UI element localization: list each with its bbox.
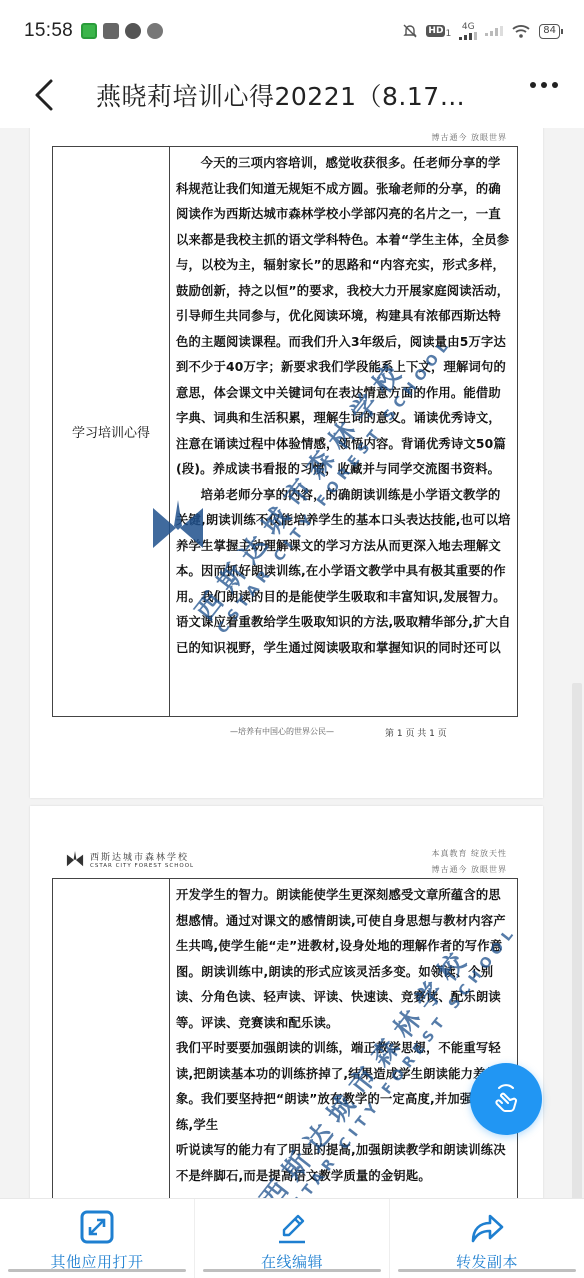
more-options-button[interactable] [530,82,558,88]
app-notification-icon [81,23,97,39]
notification-icons [81,23,163,39]
open-external-icon [79,1209,115,1245]
page-motto: 本真教育 绽放天性 [431,848,507,859]
bell-muted-icon [402,23,418,39]
page-motto: 博古通今 放眼世界 [431,864,507,875]
scrollbar[interactable] [572,683,582,1198]
chevron-left-icon [33,78,55,112]
pencil-edit-icon [274,1209,310,1245]
row-label: 学习培训心得 [53,147,170,716]
signal-4g-icon: 4G [459,23,477,40]
bottom-action-bar: 其他应用打开 在线编辑 转发副本 [0,1198,584,1278]
chat-bubble-icon [147,23,163,39]
share-forward-icon [468,1209,506,1245]
more-dots-icon [530,82,536,88]
status-bar: 15:58 HD1 4G 84 [0,0,584,62]
footer-slogan: —培养有中国心的世界公民— [230,726,334,737]
content-table: 开发学生的智力。朗读能使学生更深刻感受文章所蕴含的思想感情。通过对课文的感情朗读… [52,878,518,1198]
system-icons: HD1 4G 84 [402,23,560,40]
online-edit-label: 在线编辑 [261,1251,323,1272]
paragraph: 今天的三项内容培训，感觉收获很多。任老师分享的学科规范让我们知道无规矩不成方圆。… [176,151,511,483]
more-dots-icon [541,82,547,88]
status-time: 15:58 [24,20,73,42]
app-notification-icon [125,23,141,39]
paragraph: 听说读写的能力有了明显的提高,加强朗读教学和朗读训练决不是绊脚石,而是提高语文教… [176,1138,511,1189]
page-motto: 博古通今 放眼世界 [431,132,507,143]
gesture-fab-button[interactable] [470,1063,542,1135]
school-logo-icon [66,851,84,869]
back-button[interactable] [14,65,74,125]
document-page-1: 博古通今 放眼世界 学习培训心得 今天的三项内容培训，感觉收获很多。任老师分享的… [30,128,543,798]
app-header: 燕晓莉培训心得20221（8.17… [0,62,584,128]
wifi-icon [511,23,531,39]
document-viewer[interactable]: 博古通今 放眼世界 学习培训心得 今天的三项内容培训，感觉收获很多。任老师分享的… [0,128,584,1198]
hd-voice-icon: HD [426,25,445,37]
school-logo: 西斯达城市森林学校 CSTAR CITY FOREST SCHOOL [66,850,194,869]
document-title: 燕晓莉培训心得20221（8.17… [96,77,465,113]
battery-icon: 84 [539,24,560,39]
school-name-en: CSTAR CITY FOREST SCHOOL [90,863,194,869]
signal-empty-icon [485,26,503,36]
sim-slot-label: 1 [445,28,451,39]
hand-pointer-icon [489,1082,523,1116]
paragraph: 开发学生的智力。朗读能使学生更深刻感受文章所蕴含的思想感情。通过对课文的感情朗读… [176,883,511,1036]
more-dots-icon [552,82,558,88]
school-logo-watermark-icon [148,498,208,558]
open-with-other-app-button[interactable]: 其他应用打开 [0,1199,194,1278]
page-number: 第 1 页 共 1 页 [385,726,447,739]
document-page-2: 西斯达城市森林学校 CSTAR CITY FOREST SCHOOL 本真教育 … [30,806,543,1198]
app-notification-icon [103,23,119,39]
content-table: 学习培训心得 今天的三项内容培训，感觉收获很多。任老师分享的学科规范让我们知道无… [52,146,518,717]
row-label [53,879,170,1198]
content-cell: 开发学生的智力。朗读能使学生更深刻感受文章所蕴含的思想感情。通过对课文的感情朗读… [170,879,517,1198]
open-with-other-app-label: 其他应用打开 [50,1251,143,1272]
paragraph: 我们平时要要加强朗读的训练，端正教学思想，不能重写轻读,把朗读基本功的训练挤掉了… [176,1036,511,1138]
paragraph: 培弟老师分享的内容，的确朗读训练是小学语文教学的关键,朗读训练不仅能培养学生的基… [176,483,511,662]
forward-copy-label: 转发副本 [456,1251,518,1272]
content-cell: 今天的三项内容培训，感觉收获很多。任老师分享的学科规范让我们知道无规矩不成方圆。… [170,147,517,716]
school-name-cn: 西斯达城市森林学校 [90,850,194,863]
online-edit-button[interactable]: 在线编辑 [194,1199,389,1278]
forward-copy-button[interactable]: 转发副本 [389,1199,584,1278]
network-type-label: 4G [462,23,475,32]
